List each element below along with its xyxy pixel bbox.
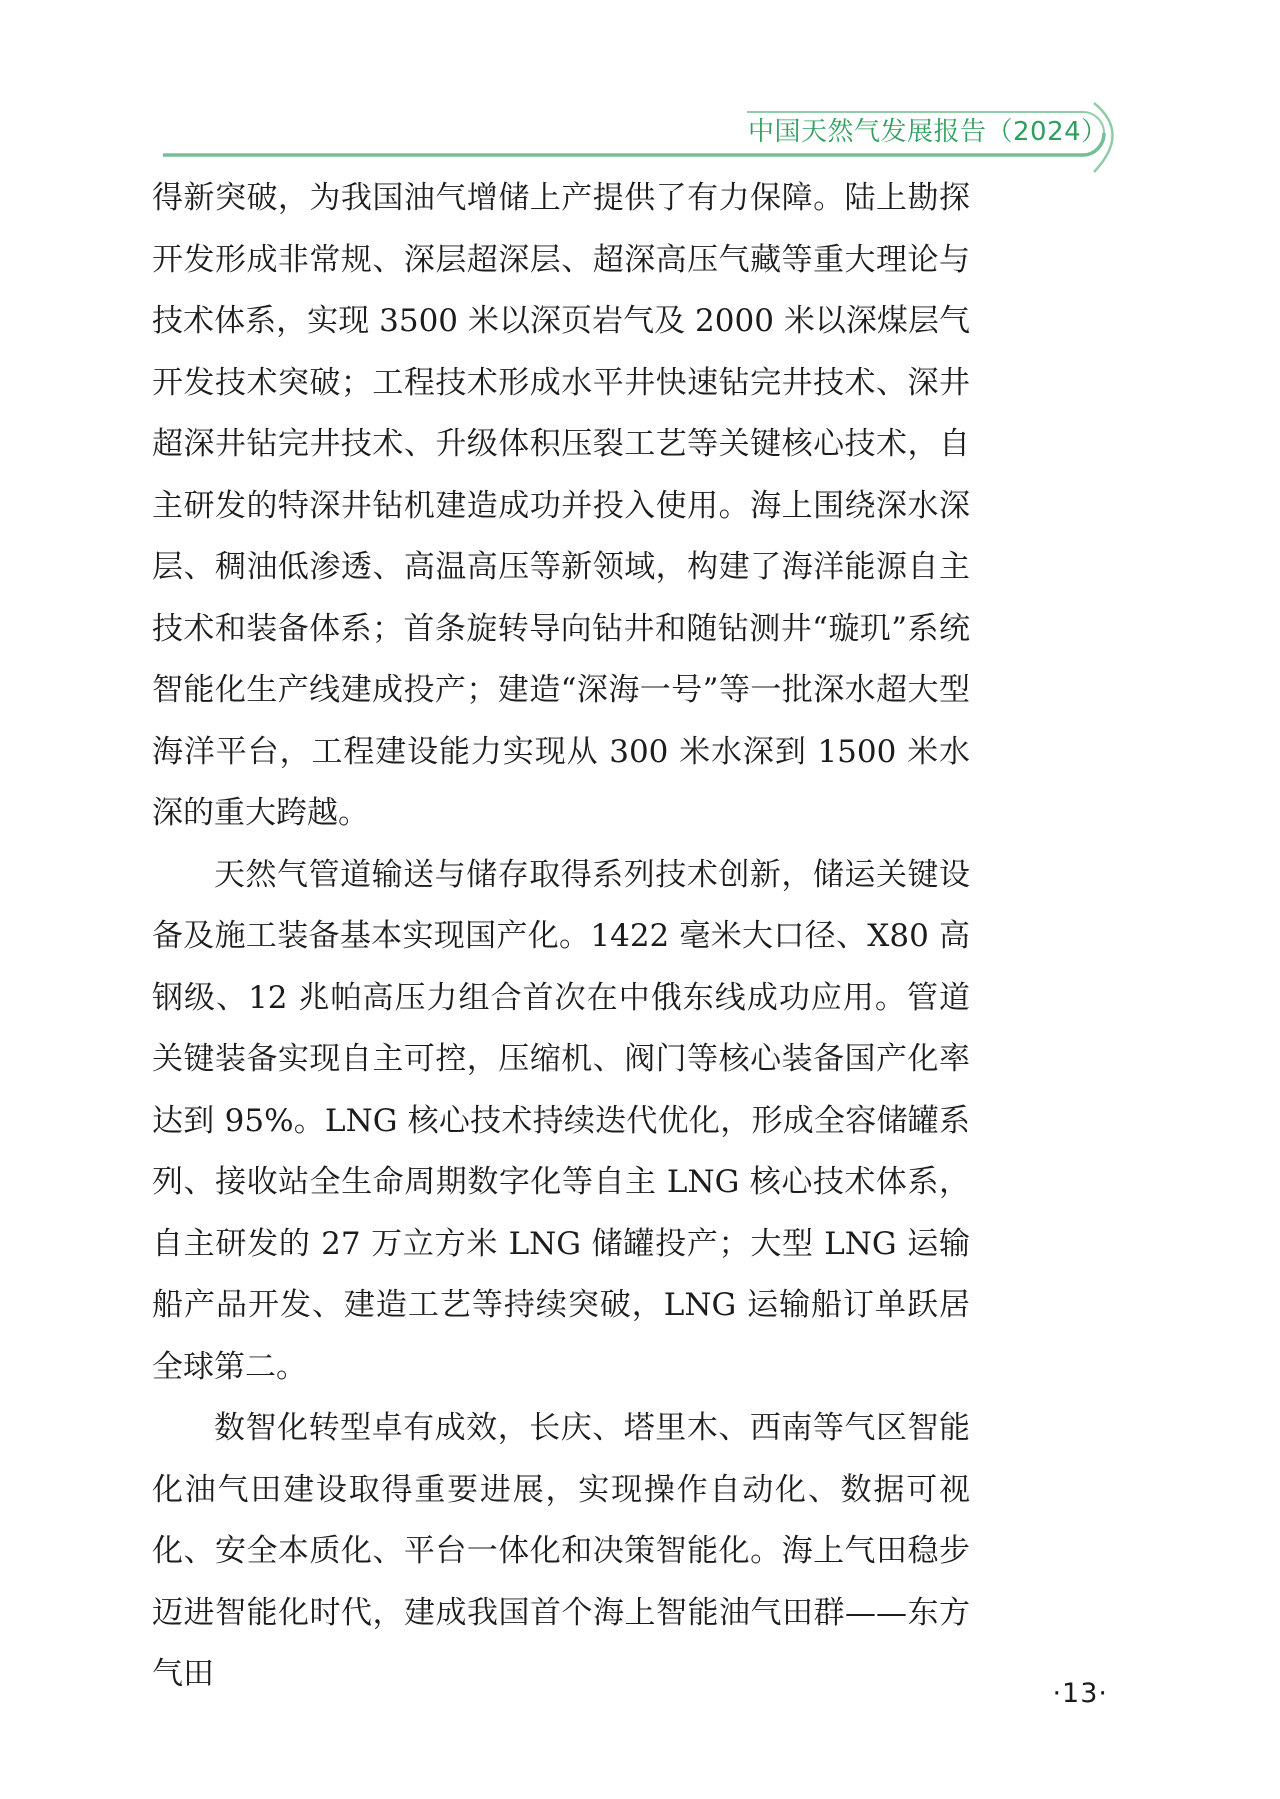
document-page: 中国天然气发展报告（2024） 得新突破，为我国油气增储上产提供了有力保障。陆上…: [0, 0, 1280, 1799]
paragraph-continuation: 得新突破，为我国油气增储上产提供了有力保障。陆上勘探开发形成非常规、深层超深层、…: [152, 168, 970, 845]
page-number: ·13·: [1052, 1678, 1108, 1709]
paragraph-pipeline-lng: 天然气管道输送与储存取得系列技术创新，储运关键设备及施工装备基本实现国产化。14…: [152, 845, 970, 1399]
paragraph-digitalization: 数智化转型卓有成效，长庆、塔里木、西南等气区智能化油气田建设取得重要进展，实现操…: [152, 1398, 970, 1706]
report-title: 中国天然气发展报告（2024）: [748, 114, 1088, 150]
body-text: 得新突破，为我国油气增储上产提供了有力保障。陆上勘探开发形成非常规、深层超深层、…: [152, 168, 970, 1706]
